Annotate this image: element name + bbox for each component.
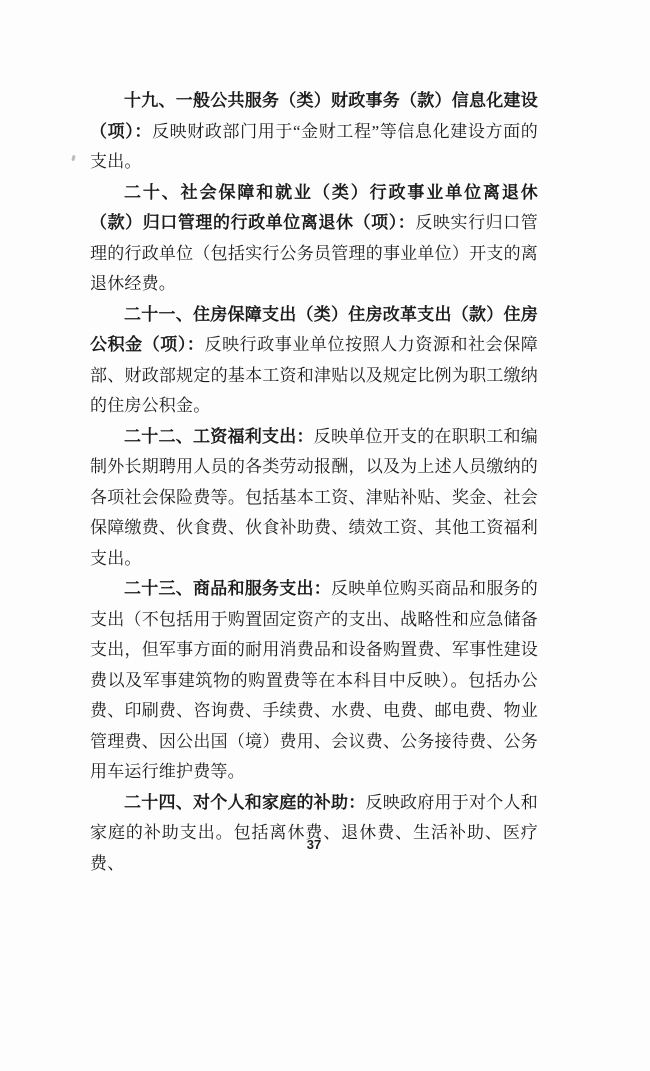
page-number: 37 [307,837,321,852]
paragraph-lead: 二十三、商品和服务支出： [124,579,331,598]
paragraph-item-19: 十九、一般公共服务（类）财政事务（款）信息化建设（项）：反映财政部门用于“金财工… [90,86,538,178]
paragraph-item-21: 二十一、住房保障支出（类）住房改革支出（款）住房公积金（项）：反映行政事业单位按… [90,300,538,422]
paragraph-item-24: 二十四、对个人和家庭的补助：反映政府用于对个人和家庭的补助支出。包括离休费、退休… [90,788,538,880]
paragraph-lead: 二十二、工资福利支出： [124,427,314,446]
paragraph-item-23: 二十三、商品和服务支出：反映单位购买商品和服务的支出（不包括用于购置固定资产的支… [90,574,538,788]
document-content: 十九、一般公共服务（类）财政事务（款）信息化建设（项）：反映财政部门用于“金财工… [90,86,538,879]
scan-artifact-mark [71,155,75,162]
document-page: 十九、一般公共服务（类）财政事务（款）信息化建设（项）：反映财政部门用于“金财工… [0,0,650,1071]
paragraph-body: 反映单位开支的在职职工和编制外长期聘用人员的各类劳动报酬，以及为上述人员缴纳的各… [90,427,538,568]
paragraph-body: 反映单位购买商品和服务的支出（不包括用于购置固定资产的支出、战略性和应急储备支出… [90,579,538,781]
page-footer: 37 [90,836,538,854]
paragraph-body: 反映财政部门用于“金财工程”等信息化建设方面的支出。 [90,122,538,172]
paragraph-item-22: 二十二、工资福利支出：反映单位开支的在职职工和编制外长期聘用人员的各类劳动报酬，… [90,422,538,575]
paragraph-lead: 二十四、对个人和家庭的补助： [124,793,366,812]
paragraph-item-20: 二十、社会保障和就业（类）行政事业单位离退休（款）归口管理的行政单位离退休（项）… [90,178,538,300]
